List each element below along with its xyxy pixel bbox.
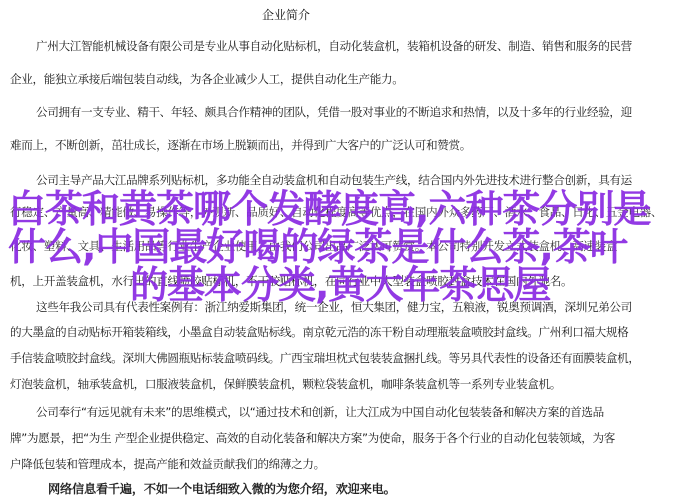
paragraph-3-line-2: 行稳定、产量高、精能做、易操作等，外观新、品质好、自动化程度高等优点，在国内外众… (10, 205, 662, 219)
paragraph-2-line-1: 公司拥有一支专业、精干、年轻、颇具合作精神的团队，凭借一股对事业的不断追求和热情… (36, 105, 632, 119)
paragraph-4-line-3: 手信装盒喷胶封盒线。深圳大佛圆瓶贴标装盒喷码线。广西宝瑞坦枕式包装装盒捆扎线。等… (10, 351, 640, 365)
paragraph-3-line-1: 公司主导产品大江品牌系列贴标机，多功能全自动装盒机和自动包装生产线，结合国内外先… (36, 173, 632, 187)
page-title: 企业简介 (262, 6, 310, 23)
document-page: 企业简介 广州大江智能机械设备有限公司是专业从事自动化贴标机，自动化装盒机，装箱… (0, 0, 698, 499)
paragraph-1-line-2: 企业，能独立承接后端包装自动线，为各企业减少人工，提供自动化生产能力。 (10, 72, 404, 86)
paragraph-5-line-3: 户降低包装和管理成本，提高产能和效益贡献我们的绵薄之力。 (10, 457, 325, 471)
paragraph-5-line-2: 牌”为愿景，把“为生 产型企业提供稳定、高效的自动化装备和解决方案”为使命，服务… (10, 431, 615, 445)
paragraph-4-line-2: 的大墨盒的自动贴标开箱装箱线，小墨盒自动装盒贴标线。南京乾元浩的冻干粉自动理瓶装… (10, 325, 628, 339)
paragraph-1-line-1: 广州大江智能机械设备有限公司是专业从事自动化贴标机，自动化装盒机，装箱机设备的研… (36, 39, 632, 53)
paragraph-3-line-3: 化妆、塑料、文具、生活用品等行业生产企业使用，由我们公司出品广泛认可赞赏。本公司… (10, 239, 617, 253)
paragraph-4-line-1: 这些年我公司具有代表性案例有：浙江纳爱斯集团，统一企业，恒大集团，健力宝，五粮液… (36, 300, 632, 314)
closing-call-to-action: 网络信息看千遍，不如一个电话细致入微的为您介绍，欢迎来电。 (48, 482, 396, 496)
paragraph-3-line-4: 机，上开盖装盒机，水行出的直线喷胶贴标机，不干胶贴标机，在同行业中大型装盒喷胶封… (10, 274, 572, 288)
paragraph-5-line-1: 公司奉行“有远见就有未来”的思维模式，以“通过技术和创新，让大江成为中国自动化包… (36, 405, 604, 419)
paragraph-2-line-2: 难而上，不断创新，茁壮成长，逐渐在市场上脱颖而出，并得到广大客户的广泛认可和赞赏… (10, 138, 471, 152)
paragraph-4-line-4: 灯泡装盒机，轴承装盒机，口服液装盒机，保鲜膜装盒机，颗粒袋装盒机，咖啡条装盒机等… (10, 377, 561, 391)
